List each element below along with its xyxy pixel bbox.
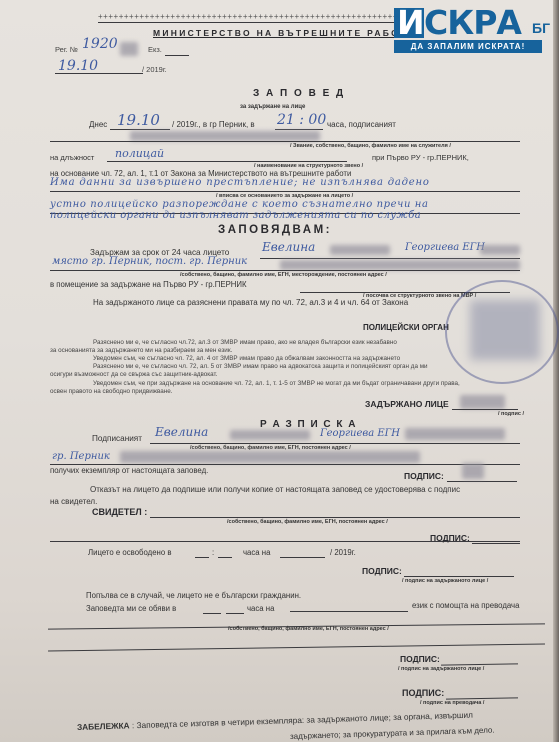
year-place: / 2019г., в гр Перник, в — [172, 120, 255, 129]
note-text-b: задържането; за прокуратурата и за прила… — [290, 726, 495, 741]
reg-label: Рег. № — [55, 45, 78, 54]
foreign-line-2c: език с помощта на преводача — [412, 601, 519, 610]
release-sign-label: ПОДПИС: — [362, 566, 402, 576]
receipt-first-name: Евелина — [155, 425, 208, 439]
rights-explained-text: На задържаното лице са разяснени правата… — [93, 298, 408, 307]
refusal-text: Отказът на лицето да подпише или получи … — [90, 485, 460, 494]
ekz-line — [165, 55, 189, 56]
release-year: / 2019г. — [330, 548, 356, 557]
facility-text: в помещение за задържане на Първо РУ - г… — [50, 280, 247, 289]
release-sign-caption: / подпис на задържаното лице / — [402, 578, 488, 584]
release-colon: : — [212, 548, 214, 557]
police-organ-label: ПОЛИЦЕЙСКИ ОРГАН — [363, 323, 449, 332]
ekz-label: Екз. — [148, 45, 162, 54]
position-label: на длъжност — [50, 153, 94, 162]
reg-date-line — [55, 73, 143, 74]
redacted-receipt-egn — [405, 428, 505, 440]
basis-handwritten-2: устно полицейско разпореждане с което съ… — [50, 199, 429, 210]
person-place: място гр. Перник, пост. гр. Перник — [52, 256, 247, 267]
witness-sign-line — [472, 543, 520, 544]
time-value: 21 : 00 — [277, 112, 326, 128]
logo-suffix: БГ — [532, 20, 550, 36]
release-hour-line — [195, 557, 209, 558]
position-value: полицай — [115, 147, 164, 160]
witness-sign-label: ПОДПИС: — [430, 533, 470, 543]
detained-sign-line — [452, 409, 518, 410]
foreign-sign-label: ПОДПИС: — [400, 654, 440, 664]
basis-line-1 — [50, 191, 520, 192]
caption-officer: / Звание, собствено, бащино, фамилно име… — [290, 143, 451, 149]
receipt-line-2 — [50, 464, 520, 465]
foreign-hour-line — [203, 613, 221, 614]
person-last-name: Георгиева ЕГН — [405, 242, 485, 253]
iskra-logo-watermark: ИСКРА БГ ДА ЗАПАЛИМ ИСКРАТА! — [394, 6, 552, 58]
logo-rest: СКРА — [424, 3, 521, 42]
receipt-sign-line — [447, 481, 517, 482]
receipt-sign-label: ПОДПИС: — [404, 471, 444, 481]
position-line — [107, 161, 347, 162]
rights-paragraph-3a: Разяснено ми е, че съгласно чл. 72, ал. … — [93, 363, 428, 370]
detained-caption: / подпис / — [498, 411, 524, 417]
release-text-a: Лицето е освободено в — [88, 548, 172, 557]
time-line — [275, 129, 323, 130]
header-stars: ++++++++++++++++++++++++++++++++++++++++… — [98, 12, 398, 21]
rights-paragraph-4b: освен правото на свободно придвижване. — [50, 388, 172, 395]
detained-person-label: ЗАДЪРЖАНО ЛИЦЕ — [365, 399, 449, 409]
translator-line-2 — [48, 644, 545, 652]
release-minute-line — [218, 557, 232, 558]
refusal-text-b: на свидетел. — [50, 497, 97, 506]
unit-text: при Първо РУ - гр.ПЕРНИК, — [372, 153, 469, 162]
witness-line — [150, 517, 520, 518]
document-photo: ++++++++++++++++++++++++++++++++++++++++… — [0, 0, 559, 742]
translator-caption: / подпис на преводача / — [420, 700, 484, 706]
redacted-address — [280, 260, 520, 270]
person-first-name: Евелина — [262, 240, 315, 254]
note-label: ЗАБЕЛЕЖКА — [77, 720, 130, 732]
time-suffix: часа, подписаният — [327, 120, 396, 129]
redacted-stamp — [470, 300, 540, 360]
rights-paragraph-1b: за основанията за задържането ми на разб… — [50, 347, 232, 354]
receipt-address: гр. Перник — [52, 451, 110, 462]
received-copy-text: получих екземпляр от настоящата заповед. — [50, 466, 208, 475]
redacted-reg — [120, 42, 138, 56]
foreign-line-2a: Заповедта ми се обяви в — [86, 604, 176, 613]
order-heading: ЗАПОВЯДВАМ: — [218, 224, 332, 236]
person-line-1 — [260, 258, 520, 259]
redacted-receipt-signature — [462, 463, 484, 479]
document-title: З А П О В Е Д — [253, 88, 345, 99]
header-rule — [98, 22, 398, 23]
redacted-receipt-middle — [230, 430, 310, 440]
release-text-b: часа на — [243, 548, 270, 557]
logo-wordmark: ИСКРА — [394, 6, 521, 40]
rights-paragraph-4a: Уведомен съм, че при задържане на основа… — [93, 380, 460, 387]
day-label: Днес — [89, 120, 107, 129]
document-subtitle: за задържане на лице — [240, 104, 305, 110]
ministry-title: МИНИСТЕРСТВО НА ВЪТРЕШНИТЕ РАБОТИ — [153, 28, 416, 38]
witness-label: СВИДЕТЕЛ : — [92, 507, 147, 517]
rights-paragraph-1a: Разяснено ми е, че съгласно чл.72, ал.3 … — [93, 339, 397, 346]
officer-line — [50, 141, 520, 142]
foreign-language-line — [290, 611, 408, 612]
witness-caption: /собствено, бащино, фамилно име, ЕГН, по… — [227, 519, 388, 525]
foreign-sign-caption: / подпис на задържаното лице / — [398, 666, 484, 672]
receipt-last-name: Георгиева ЕГН — [320, 428, 400, 439]
rights-paragraph-2: Уведомен съм, че съгласно чл. 72, ал. 4 … — [93, 355, 400, 362]
receipt-signed-label: Подписаният — [92, 434, 142, 443]
basis-handwritten-1: Има данни за извършено престъпление; не … — [50, 177, 430, 188]
translator-sign-label: ПОДПИС: — [402, 688, 444, 698]
foreign-line-1: Попълва се в случай, че лицето не е бълг… — [86, 591, 301, 600]
rights-paragraph-3b: осигури възможност да се свържа със защи… — [50, 371, 217, 378]
reg-year: / 2019г. — [142, 65, 167, 74]
redacted-officer — [130, 131, 320, 141]
redacted-receipt-address — [120, 451, 420, 463]
foreign-caption: /собствено, бащино, фамилно име, ЕГН, по… — [228, 626, 389, 632]
release-sign-line — [404, 576, 514, 577]
page-edge-shadow — [553, 0, 559, 742]
receipt-line-1 — [150, 443, 520, 444]
logo-slogan: ДА ЗАПАЛИМ ИСКРАТА! — [394, 40, 542, 53]
day-value: 19.10 — [117, 111, 160, 129]
redacted-egn — [480, 245, 520, 255]
release-date-line — [280, 557, 325, 558]
foreign-line-2b: часа на — [247, 604, 274, 613]
person-line-2 — [50, 270, 520, 271]
basis-handwritten-3: полицейски органи да изпълняват задължен… — [50, 210, 421, 221]
reg-number: 1920 — [82, 36, 118, 52]
foreign-minute-line — [226, 613, 244, 614]
redacted-middle-name — [330, 245, 390, 255]
redacted-detained-signature — [460, 395, 505, 409]
day-line — [110, 129, 170, 130]
logo-first-letter: И — [397, 6, 424, 40]
reg-date: 19.10 — [58, 58, 98, 74]
caption-person: /собствено, бащино, фамилно име, ЕГН, ме… — [180, 272, 387, 278]
